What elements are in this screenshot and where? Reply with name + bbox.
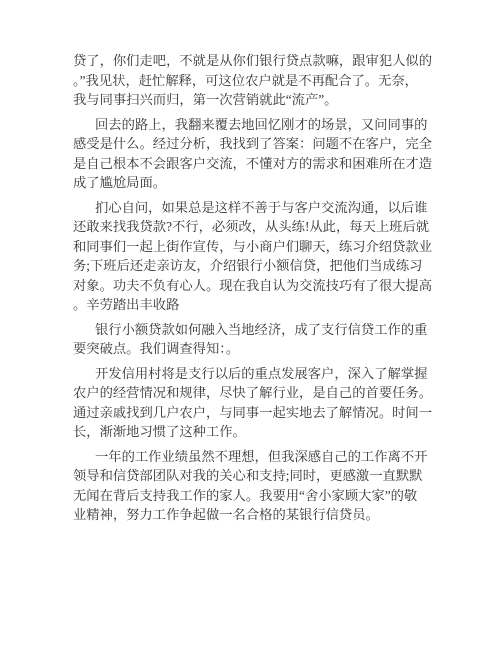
text-line: 务;下班后还走亲访友，介绍银行小额信贷，把他们当成练习	[73, 256, 437, 276]
text-line: 是自己根本不会跟客户交流，不懂对方的需求和困难所在才造	[73, 154, 437, 174]
text-line: 扪心自问，如果总是这样不善于与客户交流沟通，以后谁	[73, 198, 437, 218]
paragraph: 扪心自问，如果总是这样不善于与客户交流沟通，以后谁 还敢来找我贷款?不行，必须改…	[73, 198, 437, 315]
text-line: 一年的工作业绩虽然不理想，但我深感自己的工作离不开	[73, 447, 437, 467]
text-line: 成了尴尬局面。	[73, 173, 437, 193]
text-line: 长，渐渐地习惯了这种工作。	[73, 422, 437, 442]
text-line: 无闻在背后支持我工作的家人。我要用“舍小家顾大家”的敬	[73, 486, 437, 506]
paragraph: 一年的工作业绩虽然不理想，但我深感自己的工作离不开 领导和信贷部团队对我的关心和…	[73, 447, 437, 525]
paragraph: 贷了，你们走吧，不就是从你们银行贷点款嘛，跟审犯人似的 。”我见状，赶忙解释，可…	[73, 51, 437, 110]
text-line: 我与同事扫兴而归，第一次营销就此“流产”。	[73, 90, 437, 110]
text-line: 银行小额贷款如何融入当地经济，成了支行信贷工作的重	[73, 320, 437, 340]
text-line: 贷了，你们走吧，不就是从你们银行贷点款嘛，跟审犯人似的	[73, 51, 437, 71]
text-line: 业精神，努力工作争起做一名合格的某银行信贷员。	[73, 505, 437, 525]
text-line: 回去的路上，我翻来覆去地回忆刚才的场景，又问同事的	[73, 115, 437, 135]
text-line: 通过亲戚找到几户农户，与同事一起实地去了解情况。时间一	[73, 403, 437, 423]
text-line: 和同事们一起上街作宣传，与小商户们聊天，练习介绍贷款业	[73, 237, 437, 257]
paragraph: 银行小额贷款如何融入当地经济，成了支行信贷工作的重 要突破点。我们调查得知：。	[73, 320, 437, 359]
text-line: 。辛劳踏出丰收路	[73, 295, 437, 315]
document-body: 贷了，你们走吧，不就是从你们银行贷点款嘛，跟审犯人似的 。”我见状，赶忙解释，可…	[73, 51, 437, 530]
text-line: 开发信用村将是支行以后的重点发展客户，深入了解掌握	[73, 364, 437, 384]
text-line: 领导和信贷部团队对我的关心和支持;同时，更感激一直默默	[73, 466, 437, 486]
text-line: 还敢来找我贷款?不行，必须改，从头练!从此，每天上班后就	[73, 217, 437, 237]
text-line: 对象。功夫不负有心人。现在我自认为交流技巧有了很大提高	[73, 276, 437, 296]
text-line: 。”我见状，赶忙解释，可这位农户就是不再配合了。无奈，	[73, 71, 437, 91]
paragraph: 回去的路上，我翻来覆去地回忆刚才的场景，又问同事的 感受是什么。经过分析，我找到…	[73, 115, 437, 193]
text-line: 感受是什么。经过分析，我找到了答案：问题不在客户，完全	[73, 134, 437, 154]
text-line: 农户的经营情况和规律，尽快了解行业，是自己的首要任务。	[73, 383, 437, 403]
paragraph: 开发信用村将是支行以后的重点发展客户，深入了解掌握 农户的经营情况和规律，尽快了…	[73, 364, 437, 442]
text-line: 要突破点。我们调查得知：。	[73, 339, 437, 359]
